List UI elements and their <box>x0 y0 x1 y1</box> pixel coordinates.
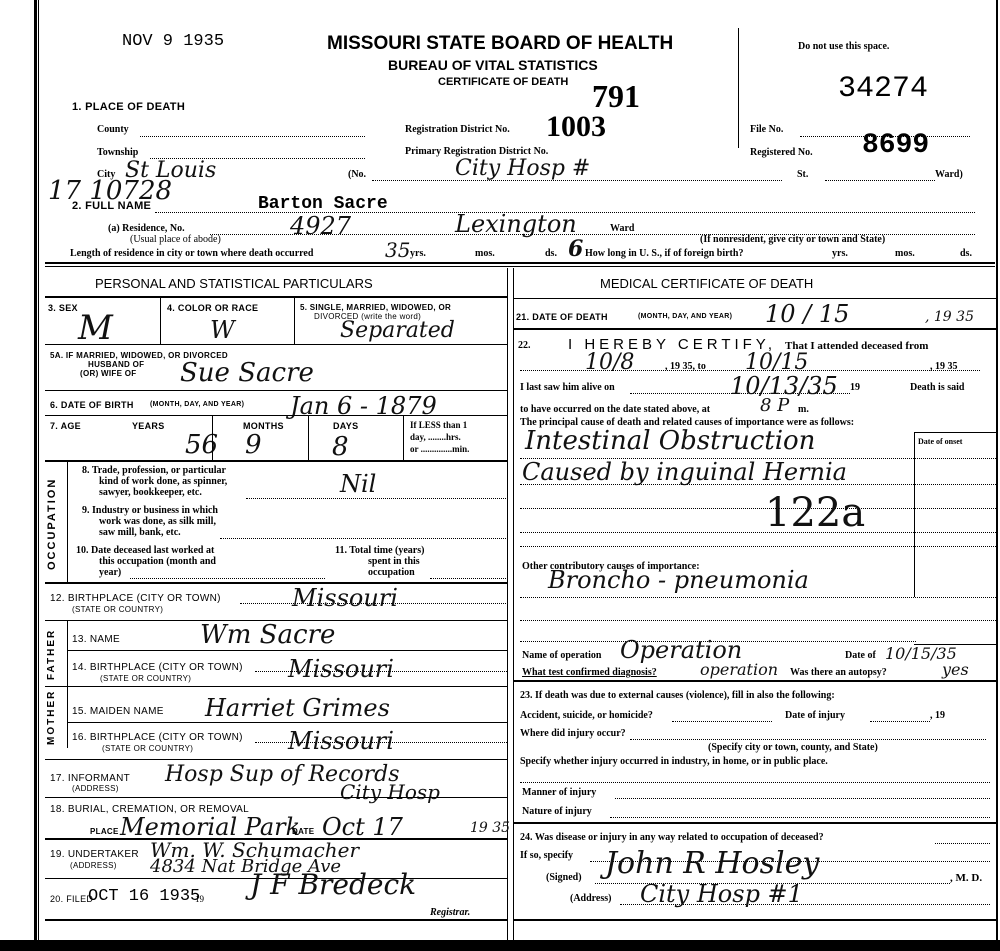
residence-sub-label: (Usual place of abode) <box>130 234 221 245</box>
if-so-label: If so, specify <box>520 850 573 861</box>
foreign-ds-label: ds. <box>960 248 972 259</box>
cause-field-2[interactable] <box>520 484 996 485</box>
burial-date-label: DATE <box>292 827 314 836</box>
attended-19b: , 19 35 <box>930 361 958 372</box>
years-label: YEARS <box>132 421 165 431</box>
specify-where-note: Specify whether injury occurred in indus… <box>520 756 828 767</box>
length-years-value[interactable]: 35 <box>385 238 410 262</box>
undertaker-label: 19. UNDERTAKER <box>50 849 139 860</box>
cause-field-3[interactable] <box>520 508 996 509</box>
divider <box>160 296 161 344</box>
cause-line-2[interactable]: Caused by inguinal Hernia <box>522 458 847 486</box>
divider <box>45 296 507 298</box>
trade-field[interactable] <box>246 498 506 499</box>
mother-birthplace-label: 16. BIRTHPLACE (CITY OR TOWN) <box>72 732 243 743</box>
death-said-label: Death is said <box>910 382 964 393</box>
occupation-related-label: 24. Was disease or injury in any way rel… <box>520 832 824 843</box>
total-time-label: 11. Total time (years) <box>335 545 424 556</box>
informant-sub-label: (ADDRESS) <box>72 784 119 793</box>
divider <box>45 344 507 345</box>
attended-19a: , 19 35, to <box>665 361 706 372</box>
file-no-label: File No. <box>750 124 783 135</box>
divider <box>403 415 404 460</box>
ds-label: ds. <box>545 248 557 259</box>
burial-year-value[interactable]: 19 35 <box>470 820 510 836</box>
nonresident-note: (If nonresident, give city or town and S… <box>700 234 885 245</box>
residence-label: (a) Residence, No. <box>108 223 185 234</box>
divider <box>212 415 213 460</box>
dod-label: 21. DATE OF DEATH <box>516 312 608 322</box>
address-no-value[interactable]: City Hosp # <box>455 156 590 181</box>
physician-address-value[interactable]: City Hosp #1 <box>640 880 803 908</box>
trade-label: 8. Trade, profession, or particular <box>82 465 226 476</box>
board-title: MISSOURI STATE BOARD OF HEALTH <box>327 33 673 55</box>
state-file-number: 34274 <box>838 72 928 106</box>
father-vertical-label: FATHER <box>46 629 57 680</box>
last-worked-label-3: year) <box>99 567 121 578</box>
residence-number[interactable]: 4927 <box>290 212 351 240</box>
certify-number: 22. <box>518 340 531 351</box>
specify-city-note: (Specify city or town, county, and State… <box>708 742 878 753</box>
spouse-label-2: HUSBAND OF <box>88 360 144 369</box>
age-label: 7. AGE <box>50 421 81 431</box>
m-label: m. <box>798 404 809 415</box>
county-label: County <box>97 124 129 135</box>
birthplace-sub-label: (STATE OR COUNTRY) <box>72 605 163 614</box>
birthplace-label: 12. BIRTHPLACE (CITY OR TOWN) <box>50 593 221 604</box>
header-divider <box>738 28 739 148</box>
divider <box>45 686 507 687</box>
onset-label: Date of onset <box>918 437 962 446</box>
foreign-mos-label: mos. <box>895 248 915 259</box>
spouse-label-3: (OR) WIFE OF <box>80 369 136 378</box>
foreign-birth-label: How long in U. S., if of foreign birth? <box>585 248 743 259</box>
burial-place-value[interactable]: Memorial Park <box>120 813 300 841</box>
ward-field[interactable] <box>825 180 935 181</box>
occupation-related-field[interactable] <box>935 843 990 844</box>
bottom-border <box>0 940 1000 951</box>
manner-label: Manner of injury <box>522 787 596 798</box>
physician-signature: John R Hosley <box>605 846 819 881</box>
informant-address[interactable]: City Hosp <box>340 780 440 804</box>
injury-date-label: Date of injury <box>785 710 845 721</box>
divider <box>514 822 996 824</box>
last-worked-label: 10. Date deceased last worked at <box>76 545 214 556</box>
signed-label: (Signed) <box>546 872 582 883</box>
total-time-label-3: occupation <box>368 567 415 578</box>
age-years-value[interactable]: 56 <box>185 430 218 460</box>
divider <box>294 296 295 344</box>
where-injury-label: Where did injury occur? <box>520 728 626 739</box>
other-causes-value[interactable]: Broncho - pneumonia <box>548 566 809 594</box>
mother-name-value[interactable]: Harriet Grimes <box>205 694 390 722</box>
less-hrs-label: day, ........hrs. <box>410 432 461 442</box>
cause-field-4[interactable] <box>520 532 996 533</box>
registrar-label: Registrar. <box>430 907 470 918</box>
certificate-title: CERTIFICATE OF DEATH <box>438 76 568 88</box>
last-saw-label: I last saw him alive on <box>520 382 615 393</box>
informant-label: 17. INFORMANT <box>50 773 130 784</box>
filed-19-label: 19 <box>195 894 204 904</box>
divider <box>514 328 996 330</box>
father-name-label: 13. NAME <box>72 634 120 645</box>
divider <box>514 680 996 682</box>
nature-field[interactable] <box>610 817 990 818</box>
occurred-value[interactable]: 8 P <box>760 395 789 416</box>
test-label: What test confirmed diagnosis? <box>522 667 657 678</box>
md-label: , M. D. <box>950 872 982 884</box>
father-birthplace-label: 14. BIRTHPLACE (CITY OR TOWN) <box>72 662 243 673</box>
manner-field[interactable] <box>615 798 990 799</box>
reg-district-value[interactable]: 1003 <box>546 110 606 144</box>
column-divider <box>507 268 508 940</box>
industry-label: 9. Industry or business in which <box>82 505 218 516</box>
attended-from-value[interactable]: 10/8 <box>585 350 634 375</box>
divider <box>45 759 507 760</box>
cause-code: 122a <box>765 490 865 536</box>
divider <box>45 582 507 584</box>
registered-no-value[interactable]: 8699 <box>862 130 929 161</box>
autopsy-label: Was there an autopsy? <box>790 667 887 678</box>
last-saw-19: 19 <box>850 382 860 393</box>
length-of-residence-label: Length of residence in city or town wher… <box>70 248 313 259</box>
cause-field-5[interactable] <box>520 546 996 547</box>
marital-value[interactable]: Separated <box>340 318 455 343</box>
total-time-field[interactable] <box>430 578 506 579</box>
length-days-value[interactable]: 6 <box>568 236 583 262</box>
ward-label: Ward) <box>935 169 963 180</box>
accident-label: Accident, suicide, or homicide? <box>520 710 653 721</box>
sex-value[interactable]: M <box>78 308 113 348</box>
trade-label-3: sawyer, bookkeeper, etc. <box>99 487 202 498</box>
where-injury-field[interactable] <box>630 739 986 740</box>
divider <box>514 919 996 921</box>
divider <box>67 722 507 723</box>
divider <box>45 390 507 391</box>
do-not-use-note: Do not use this space. <box>798 41 889 52</box>
external-causes-label: 23. If death was due to external causes … <box>520 690 835 701</box>
undertaker-sub-label: (ADDRESS) <box>70 861 117 870</box>
less-than-label: If LESS than 1 <box>410 420 467 430</box>
dob-label: 6. DATE OF BIRTH <box>50 400 134 410</box>
other-causes-field[interactable] <box>520 597 996 598</box>
left-border-inner <box>38 0 39 940</box>
mother-vertical-label: MOTHER <box>46 690 57 745</box>
divider <box>514 298 996 299</box>
injury-date-field[interactable] <box>870 721 930 722</box>
filed-label: 20. FILED <box>50 894 93 904</box>
mother-divider <box>67 686 68 748</box>
accident-field[interactable] <box>672 721 772 722</box>
bureau-title: BUREAU OF VITAL STATISTICS <box>388 57 598 73</box>
primary-reg-label: Primary Registration District No. <box>405 146 548 157</box>
nature-label: Nature of injury <box>522 806 592 817</box>
column-divider <box>513 268 514 940</box>
mother-name-label: 15. MAIDEN NAME <box>72 706 164 717</box>
foreign-yrs-label: yrs. <box>832 248 848 259</box>
divider <box>45 460 507 462</box>
less-min-label: or ..............min. <box>410 444 469 454</box>
operation-date-label: Date of <box>845 650 876 661</box>
dob-sub-label: (MONTH, DAY, AND YEAR) <box>150 401 244 408</box>
specify-where-field[interactable] <box>520 782 990 783</box>
filed-stamp: OCT 16 1935 <box>88 887 200 906</box>
industry-label-2: work was done, as silk mill, <box>99 516 216 527</box>
reg-district-label: Registration District No. <box>405 124 510 135</box>
place-of-death-label: 1. PLACE OF DEATH <box>72 101 185 113</box>
marital-label: 5. SINGLE, MARRIED, WIDOWED, OR <box>300 303 451 312</box>
father-birthplace-value[interactable]: Missouri <box>288 655 394 683</box>
full-name-label: 2. FULL NAME <box>72 200 151 212</box>
operation-label: Name of operation <box>522 650 601 661</box>
residence-ward-label: Ward <box>610 223 634 234</box>
trade-value[interactable]: Nil <box>340 470 376 498</box>
color-value[interactable]: W <box>210 316 235 344</box>
other-causes-field-2[interactable] <box>520 620 996 621</box>
personal-section-title: PERSONAL AND STATISTICAL PARTICULARS <box>95 276 373 291</box>
burial-place-label: PLACE <box>90 827 119 836</box>
occupation-vertical-label: OCCUPATION <box>46 478 58 570</box>
full-name-value[interactable]: Barton Sacre <box>258 194 388 214</box>
last-worked-field[interactable] <box>130 578 325 579</box>
injury-19-label: , 19 <box>930 710 945 721</box>
mother-birthplace-value[interactable]: Missouri <box>288 727 394 755</box>
divider <box>45 415 507 416</box>
registrar-signature: J F Bredeck <box>250 868 416 901</box>
test-value[interactable]: operation <box>700 660 778 679</box>
dod-value[interactable]: 10 / 15 <box>765 300 849 328</box>
right-border <box>996 0 998 940</box>
divider <box>45 919 507 921</box>
divider <box>45 797 507 798</box>
burial-date-value[interactable]: Oct 17 <box>322 813 403 841</box>
divider <box>45 262 995 264</box>
age-days-value[interactable]: 8 <box>332 432 349 462</box>
divider <box>914 432 996 433</box>
last-worked-label-2: this occupation (month and <box>99 556 216 567</box>
mos-label: mos. <box>475 248 495 259</box>
age-months-value[interactable]: 9 <box>245 430 262 460</box>
father-divider <box>67 620 68 686</box>
occurred-label: to have occurred on the date stated abov… <box>520 404 710 415</box>
divider <box>67 650 507 651</box>
divider <box>308 415 309 460</box>
dod-sub-label: (MONTH, DAY, AND YEAR) <box>638 313 732 320</box>
father-birthplace-sub: (STATE OR COUNTRY) <box>100 674 191 683</box>
physician-address-label: (Address) <box>570 893 611 904</box>
birthplace-value[interactable]: Missouri <box>292 584 398 612</box>
divider <box>45 266 995 267</box>
registered-no-label: Registered No. <box>750 147 813 158</box>
total-time-label-2: spent in this <box>368 556 420 567</box>
industry-field[interactable] <box>220 538 506 539</box>
dod-year[interactable]: , 19 35 <box>925 309 974 325</box>
trade-label-2: kind of work done, as spinner, <box>99 476 227 487</box>
residence-street[interactable]: Lexington <box>455 210 577 238</box>
yrs-label: yrs. <box>410 248 426 259</box>
county-field[interactable] <box>140 136 365 137</box>
medical-section-title: MEDICAL CERTIFICATE OF DEATH <box>600 276 813 291</box>
no-label: (No. <box>348 169 366 180</box>
township-label: Township <box>97 147 138 158</box>
left-border <box>34 0 37 951</box>
color-label: 4. COLOR OR RACE <box>167 303 258 313</box>
days-label: DAYS <box>333 421 358 431</box>
onset-divider <box>914 432 915 597</box>
mother-birthplace-sub: (STATE OR COUNTRY) <box>102 744 193 753</box>
sex-label: 3. SEX <box>48 303 78 313</box>
cause-line-1[interactable]: Intestinal Obstruction <box>525 426 815 456</box>
st-label: St. <box>797 169 808 180</box>
occupation-divider <box>67 460 68 582</box>
industry-label-3: saw mill, bank, etc. <box>99 527 181 538</box>
father-name-value[interactable]: Wm Sacre <box>200 620 335 650</box>
received-stamp: NOV 9 1935 <box>122 32 224 51</box>
autopsy-value[interactable]: yes <box>942 660 969 679</box>
spouse-value[interactable]: Sue Sacre <box>180 358 314 388</box>
